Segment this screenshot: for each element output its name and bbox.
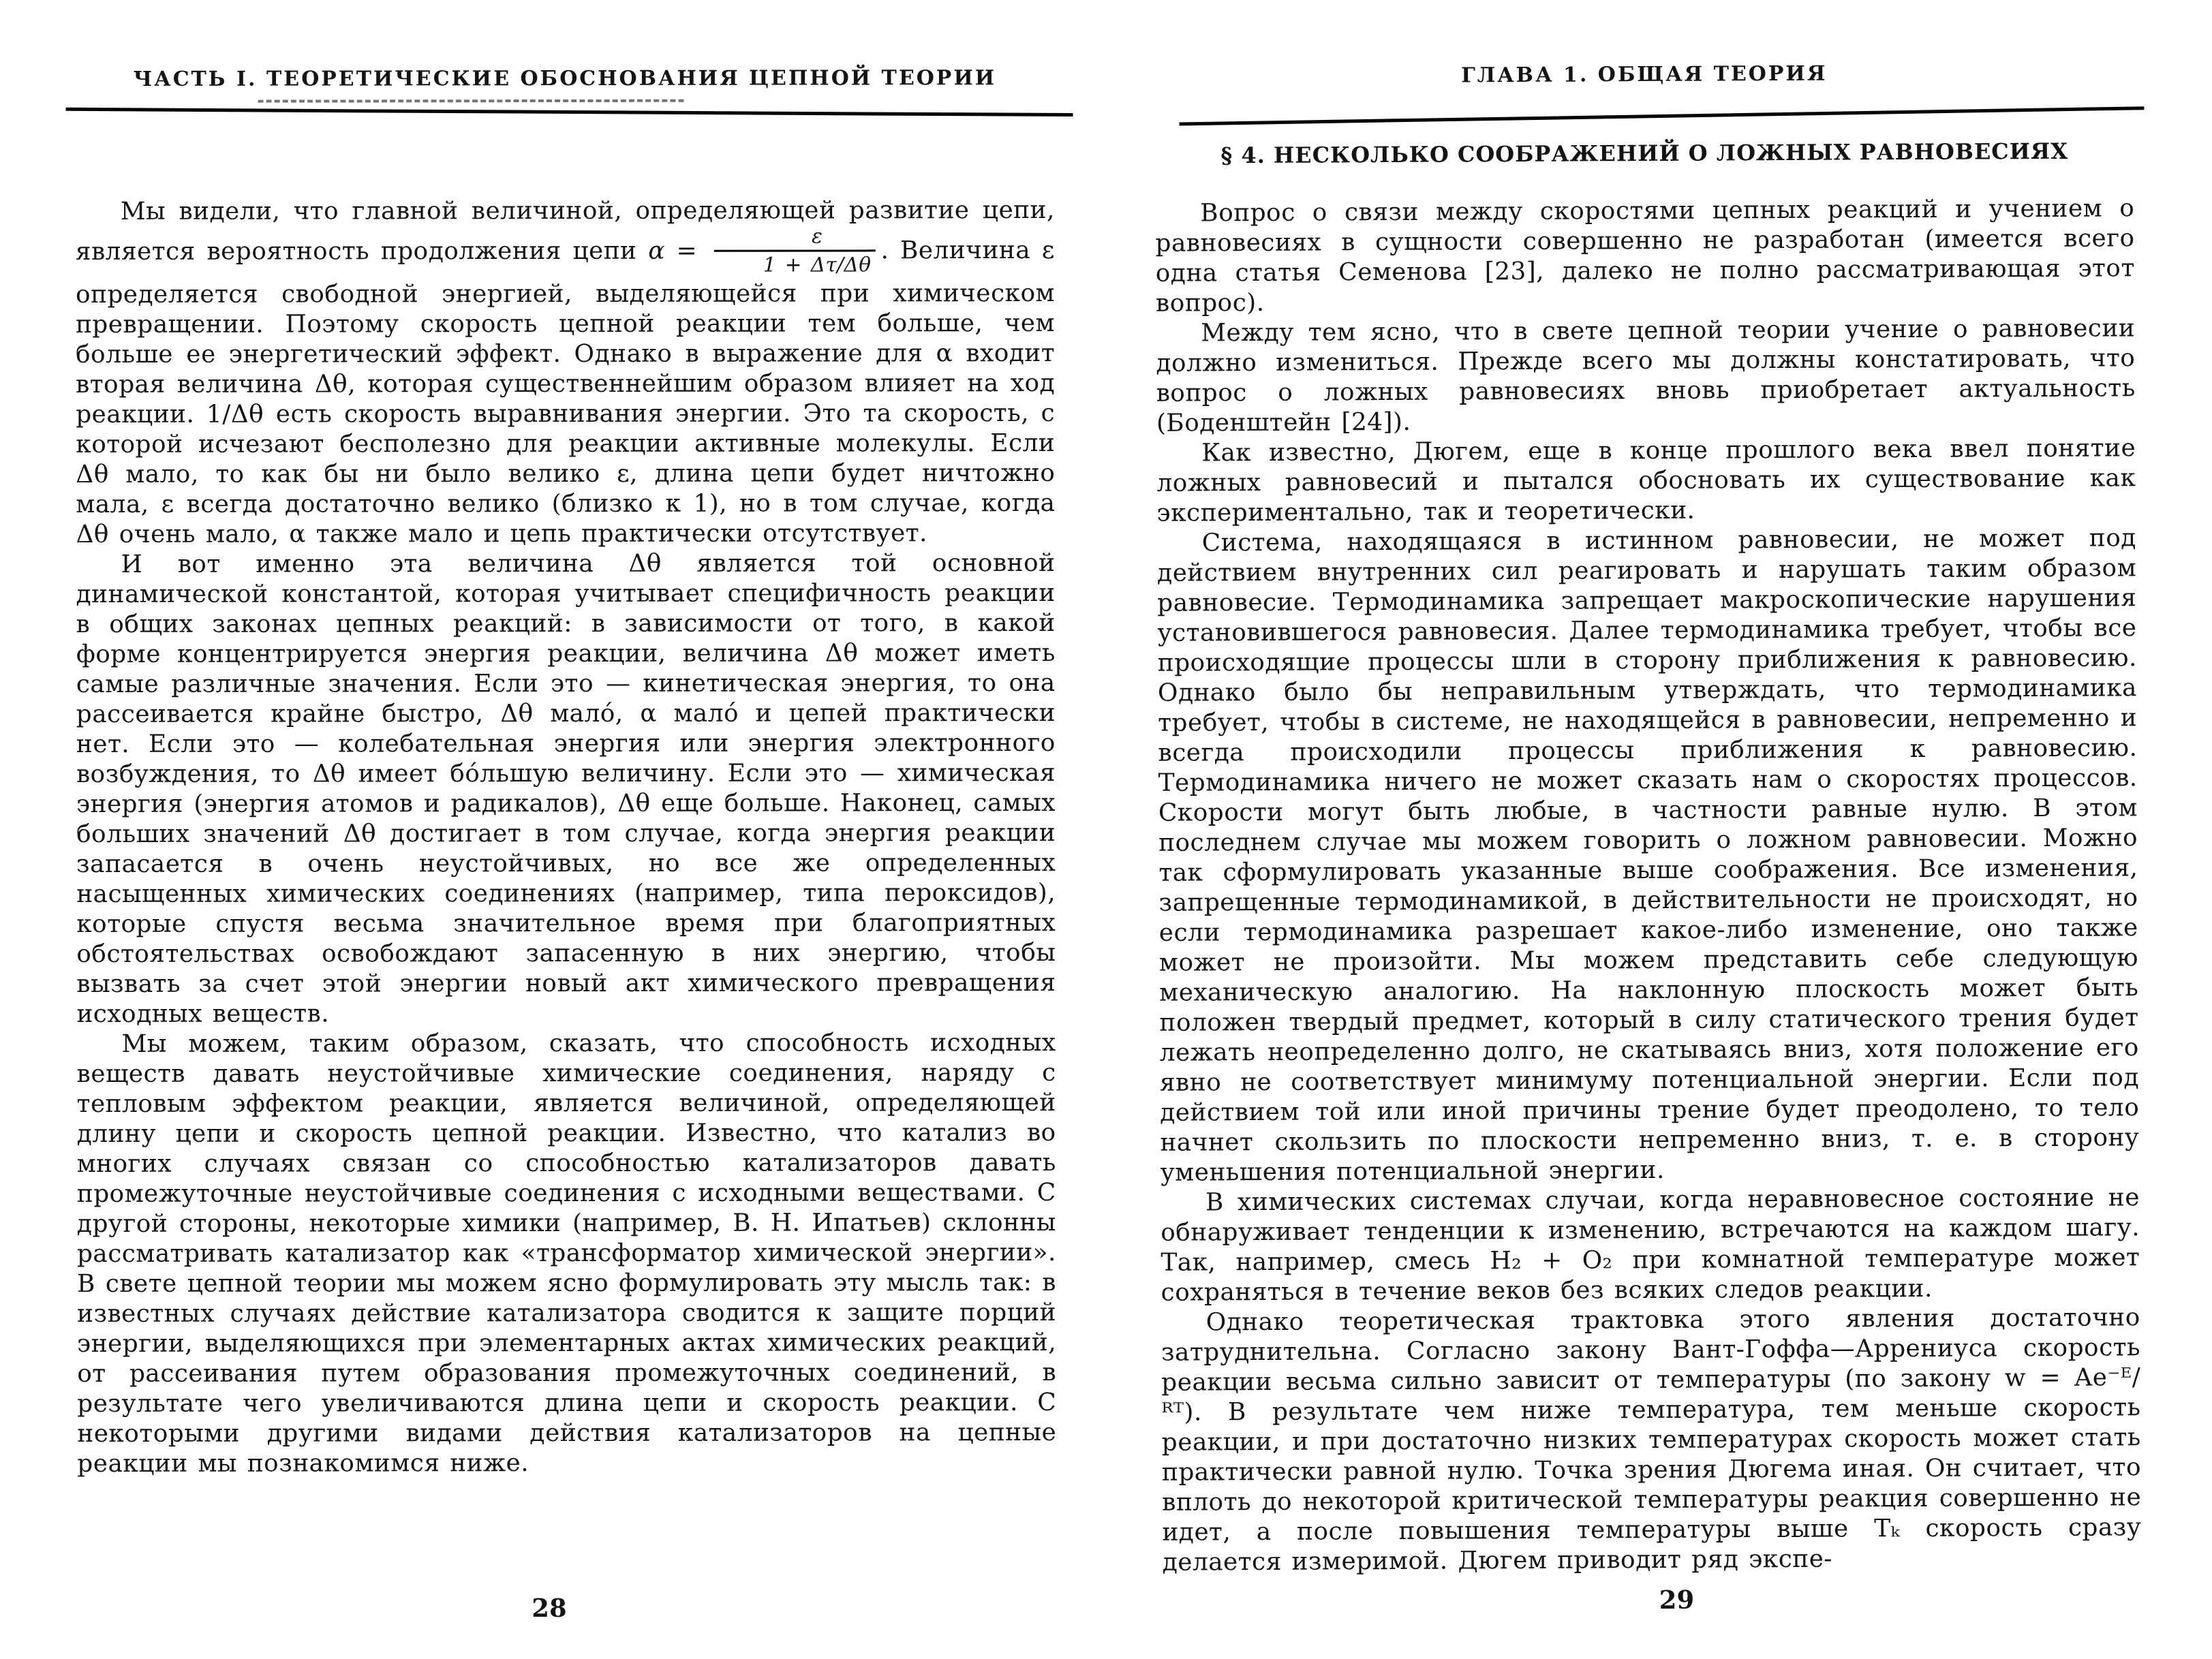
paragraph-h2-o2-mixture: В химических системах случаи, когда нера…: [1161, 1183, 2140, 1308]
paragraph-thermodynamics-analogy: Система, находящаяся в истинном равновес…: [1157, 523, 2140, 1188]
paragraph-delta-theta: И вот именно эта величина Δθ является то…: [76, 548, 1056, 1029]
paragraph-false-equilibria-topical: Между тем ясно, что в свете цепной теори…: [1156, 313, 2136, 439]
fraction-denominator: 1 + Δτ/Δθ: [714, 252, 876, 278]
running-head-right: ГЛАВА 1. ОБЩАЯ ТЕОРИЯ: [1154, 60, 2134, 89]
paragraph-question: Вопрос о связи между скоростями цепных р…: [1155, 193, 2135, 319]
paragraph-text: . Величина ε определяется свободной энер…: [76, 236, 1055, 548]
section-title: § 4. НЕСКОЛЬКО СООБРАЖЕНИЙ О ЛОЖНЫХ РАВН…: [1155, 138, 2134, 169]
right-page: ГЛАВА 1. ОБЩАЯ ТЕОРИЯ § 4. НЕСКОЛЬКО СОО…: [1154, 0, 2142, 1659]
paragraph-alpha-formula: Мы видели, что главной величиной, опреде…: [76, 196, 1056, 550]
left-page-body: Мы видели, что главной величиной, опреде…: [76, 196, 1057, 1479]
paragraph-catalysis: Мы можем, таким образом, сказать, что сп…: [76, 1028, 1056, 1479]
formula-lhs: α =: [648, 237, 709, 265]
header-rule-right: [1180, 106, 2145, 125]
right-page-body: Вопрос о связи между скоростями цепных р…: [1155, 193, 2142, 1577]
page-number-right: 29: [1187, 1582, 2166, 1617]
paragraph-duhem-concept: Как известно, Дюгем, еще в конце прошлог…: [1156, 433, 2136, 529]
left-page: ЧАСТЬ I. ТЕОРЕТИЧЕСКИЕ ОБОСНОВАНИЯ ЦЕПНО…: [75, 0, 1056, 1659]
page-number-left: 28: [60, 1592, 1039, 1624]
fraction-numerator: ε: [714, 224, 876, 252]
scan-dash-artifact: [258, 99, 684, 103]
inline-formula-alpha: α = ε1 + Δτ/Δθ: [648, 236, 880, 264]
running-head-left: ЧАСТЬ I. ТЕОРЕТИЧЕСКИЕ ОБОСНОВАНИЯ ЦЕПНО…: [75, 66, 1054, 91]
header-rule-left: [66, 108, 1073, 117]
book-scan-spread: { "meta": { "ink_color": "#141414", "pap…: [0, 0, 2212, 1659]
paragraph-vant-hoff-arrhenius: Однако теоретическая трактовка этого явл…: [1161, 1303, 2142, 1578]
fraction: ε1 + Δτ/Δθ: [714, 224, 876, 277]
